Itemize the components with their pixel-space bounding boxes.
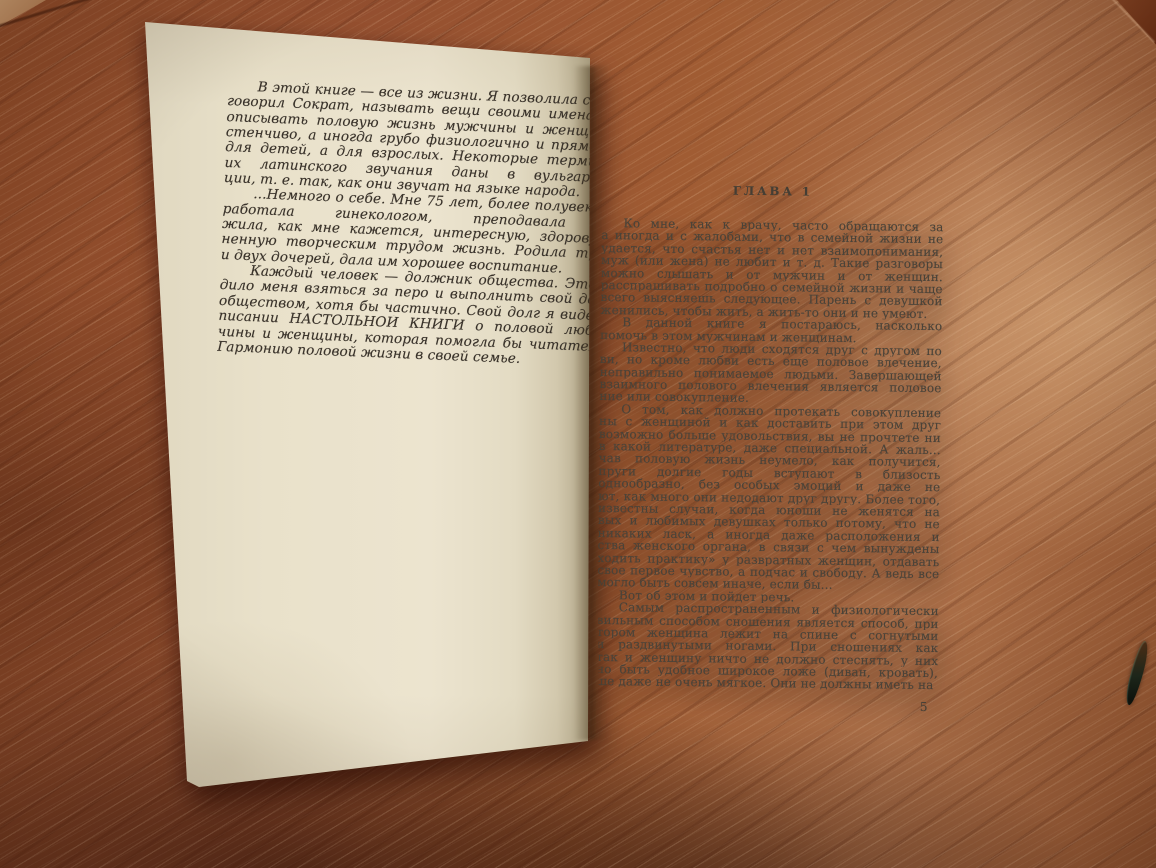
right-page-text: ГЛАВА 1 Ко мне, как к врачу, часто обращ… bbox=[596, 183, 944, 714]
book-photo: В этой книге — все из жизни. Я позволила… bbox=[0, 0, 1156, 868]
right-page-paragraphs: Ко мне, как к врачу, часто обращаются за… bbox=[596, 217, 944, 692]
left-page-text: В этой книге — все из жизни. Я позволила… bbox=[217, 79, 620, 371]
chapter-heading: ГЛАВА 1 bbox=[602, 183, 944, 200]
page-number: 5 bbox=[596, 696, 938, 714]
open-book: В этой книге — все из жизни. Я позволила… bbox=[0, 0, 1156, 868]
book-gutter-shadow bbox=[573, 66, 609, 740]
